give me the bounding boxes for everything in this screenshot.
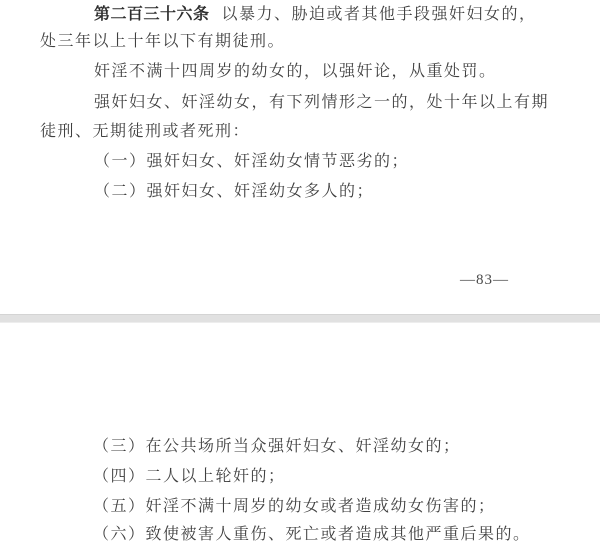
article-number-heading: 第二百三十六条 bbox=[94, 6, 210, 23]
article-opening-text: 以暴力、胁迫或者其他手段强奸妇女的， bbox=[222, 6, 537, 23]
page-83: 第二百三十六条以暴力、胁迫或者其他手段强奸妇女的， 处三年以上十年以下有期徒刑。… bbox=[0, 0, 600, 314]
clause-item-2: （二）强奸妇女、奸淫幼女多人的； bbox=[94, 183, 374, 201]
paragraph-3-line-2: 徒刑、无期徒刑或者死刑： bbox=[40, 123, 250, 141]
document-viewer[interactable]: 第二百三十六条以暴力、胁迫或者其他手段强奸妇女的， 处三年以上十年以下有期徒刑。… bbox=[0, 0, 600, 542]
page-separator bbox=[0, 314, 600, 323]
clause-item-3: （三）在公共场所当众强奸妇女、奸淫幼女的； bbox=[93, 438, 461, 456]
clause-item-1: （一）强奸妇女、奸淫幼女情节恶劣的； bbox=[94, 153, 409, 171]
page-84: （三）在公共场所当众强奸妇女、奸淫幼女的； （四）二人以上轮奸的； （五）奸淫不… bbox=[0, 323, 600, 542]
body-text-line: 处三年以上十年以下有期徒刑。 bbox=[40, 33, 285, 51]
page-number: —83— bbox=[460, 271, 509, 289]
paragraph-2-line: 奸淫不满十四周岁的幼女的，以强奸论，从重处罚。 bbox=[94, 63, 497, 81]
article-opening-line: 第二百三十六条以暴力、胁迫或者其他手段强奸妇女的， bbox=[94, 6, 537, 24]
paragraph-3-line-1: 强奸妇女、奸淫幼女，有下列情形之一的，处十年以上有期 bbox=[94, 94, 549, 112]
clause-item-4: （四）二人以上轮奸的； bbox=[93, 468, 286, 486]
clause-item-6: （六）致使被害人重伤、死亡或者造成其他严重后果的。 bbox=[93, 526, 531, 542]
clause-item-5: （五）奸淫不满十周岁的幼女或者造成幼女伤害的； bbox=[93, 498, 496, 516]
